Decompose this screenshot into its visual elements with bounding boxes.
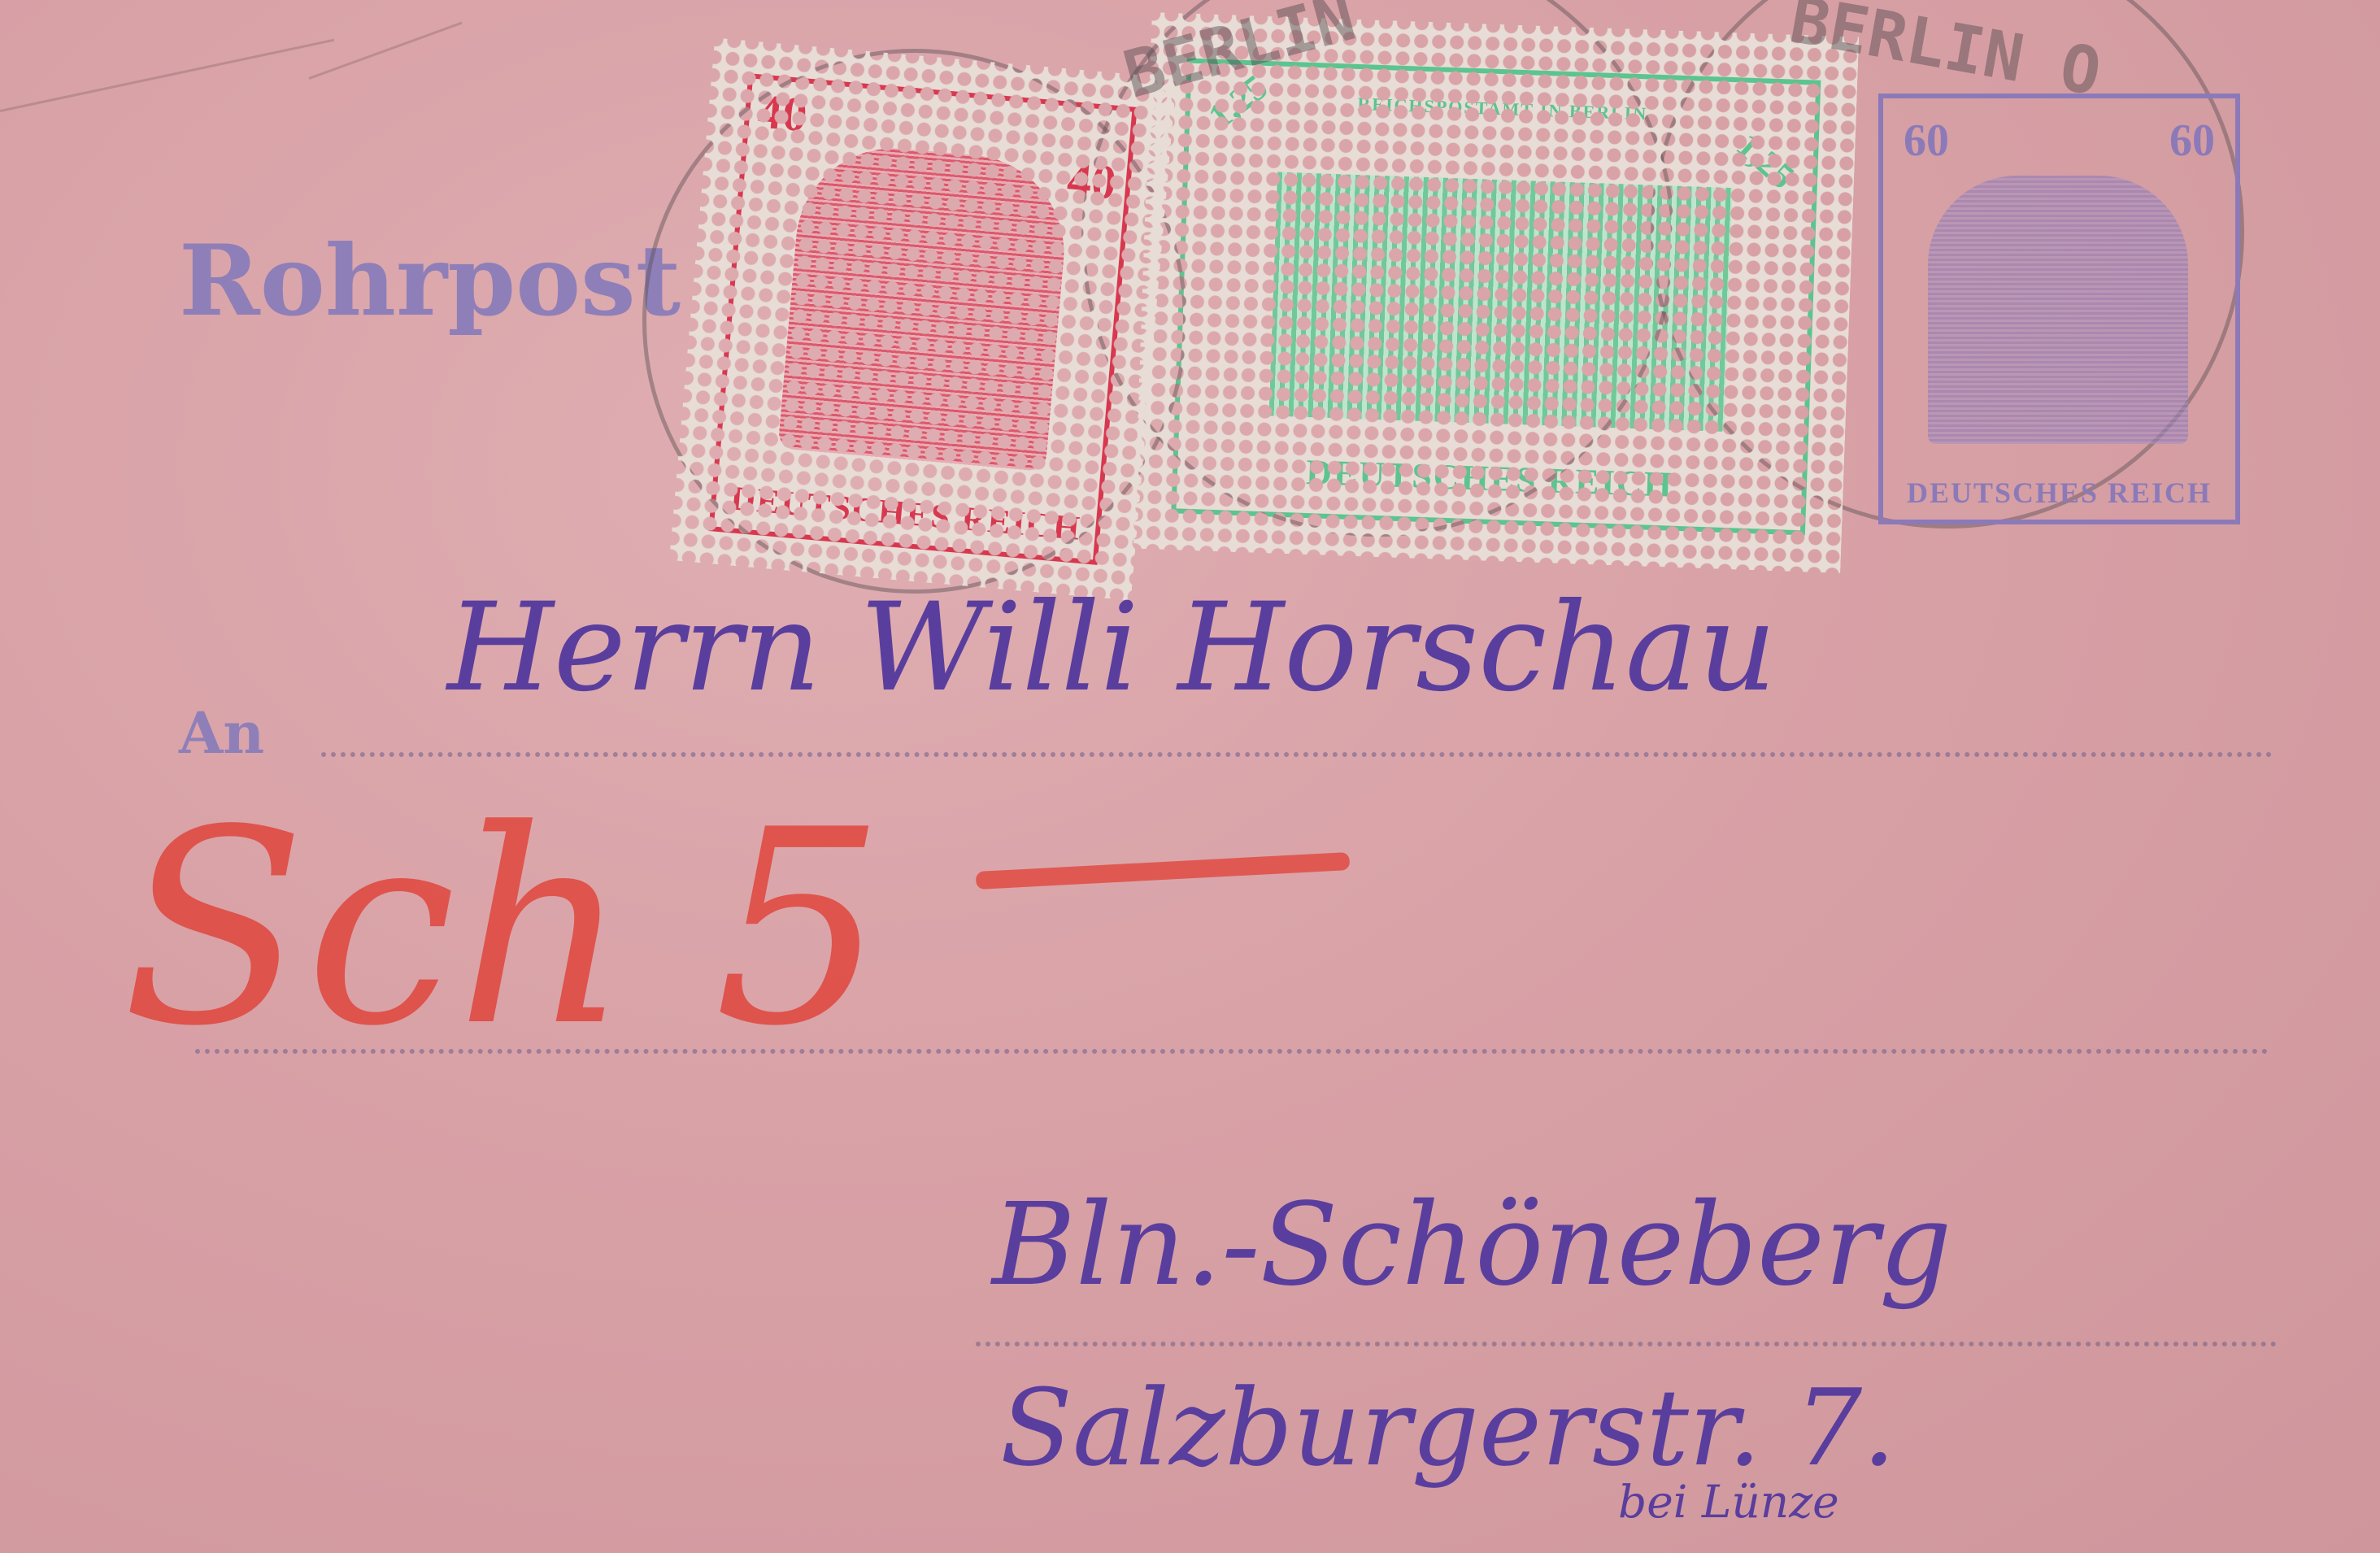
pneumatic-post-envelope: Rohrpost An 40 40 DEUTSCHES REICH REICHS… bbox=[0, 0, 2380, 1553]
stamp-40-value-left: 40 bbox=[756, 84, 810, 144]
paper-crease bbox=[0, 39, 334, 112]
stamp-125-top-inscription: REICHSPOSTAMT IN BERLIN bbox=[1190, 88, 1815, 131]
recipient-name: Herrn Willi Horschau bbox=[447, 577, 1777, 719]
stamp-125-frame: REICHSPOSTAMT IN BERLIN 1,25 1,25 DEUTSC… bbox=[1171, 59, 1821, 536]
stamp-60-inscription: DEUTSCHES REICH bbox=[1883, 476, 2235, 510]
stamp-60-value-right: 60 bbox=[2169, 115, 2215, 167]
rohrpost-label: Rohrpost bbox=[179, 224, 681, 338]
stamp-40-inscription: DEUTSCHES REICH bbox=[715, 478, 1097, 550]
stamp-60-imprint: 60 60 DEUTSCHES REICH bbox=[1878, 94, 2240, 524]
stamp-40-value-right: 40 bbox=[1065, 151, 1119, 211]
paper-crease bbox=[308, 22, 462, 80]
red-crayon-mark: Sch 5 bbox=[122, 772, 885, 1085]
address-line-3 bbox=[976, 1342, 2277, 1346]
germania-figure-imprint bbox=[1928, 176, 2188, 444]
stamp-40-germania: 40 40 DEUTSCHES REICH bbox=[669, 37, 1177, 600]
recipient-care-of: bei Lünze bbox=[1618, 1476, 1839, 1528]
stamp-60-value-left: 60 bbox=[1904, 115, 1949, 167]
recipient-street: Salzburgerstr. 7. bbox=[1000, 1366, 1896, 1490]
stamp-1-25-mark-reichspostamt: REICHSPOSTAMT IN BERLIN 1,25 1,25 DEUTSC… bbox=[1133, 12, 1860, 573]
address-line-1 bbox=[321, 752, 2273, 757]
stamp-125-value-right: 1,25 bbox=[1729, 124, 1803, 197]
recipient-district: Bln.-Schöneberg bbox=[992, 1179, 1951, 1312]
stamp-125-inscription: DEUTSCHES REICH bbox=[1177, 446, 1802, 510]
red-crayon-underline bbox=[976, 852, 1351, 890]
reichspostamt-building bbox=[1269, 172, 1733, 432]
germania-figure bbox=[778, 140, 1073, 471]
address-prefix-an: An bbox=[179, 699, 264, 767]
stamp-40-frame: 40 40 DEUTSCHES REICH bbox=[708, 73, 1137, 565]
